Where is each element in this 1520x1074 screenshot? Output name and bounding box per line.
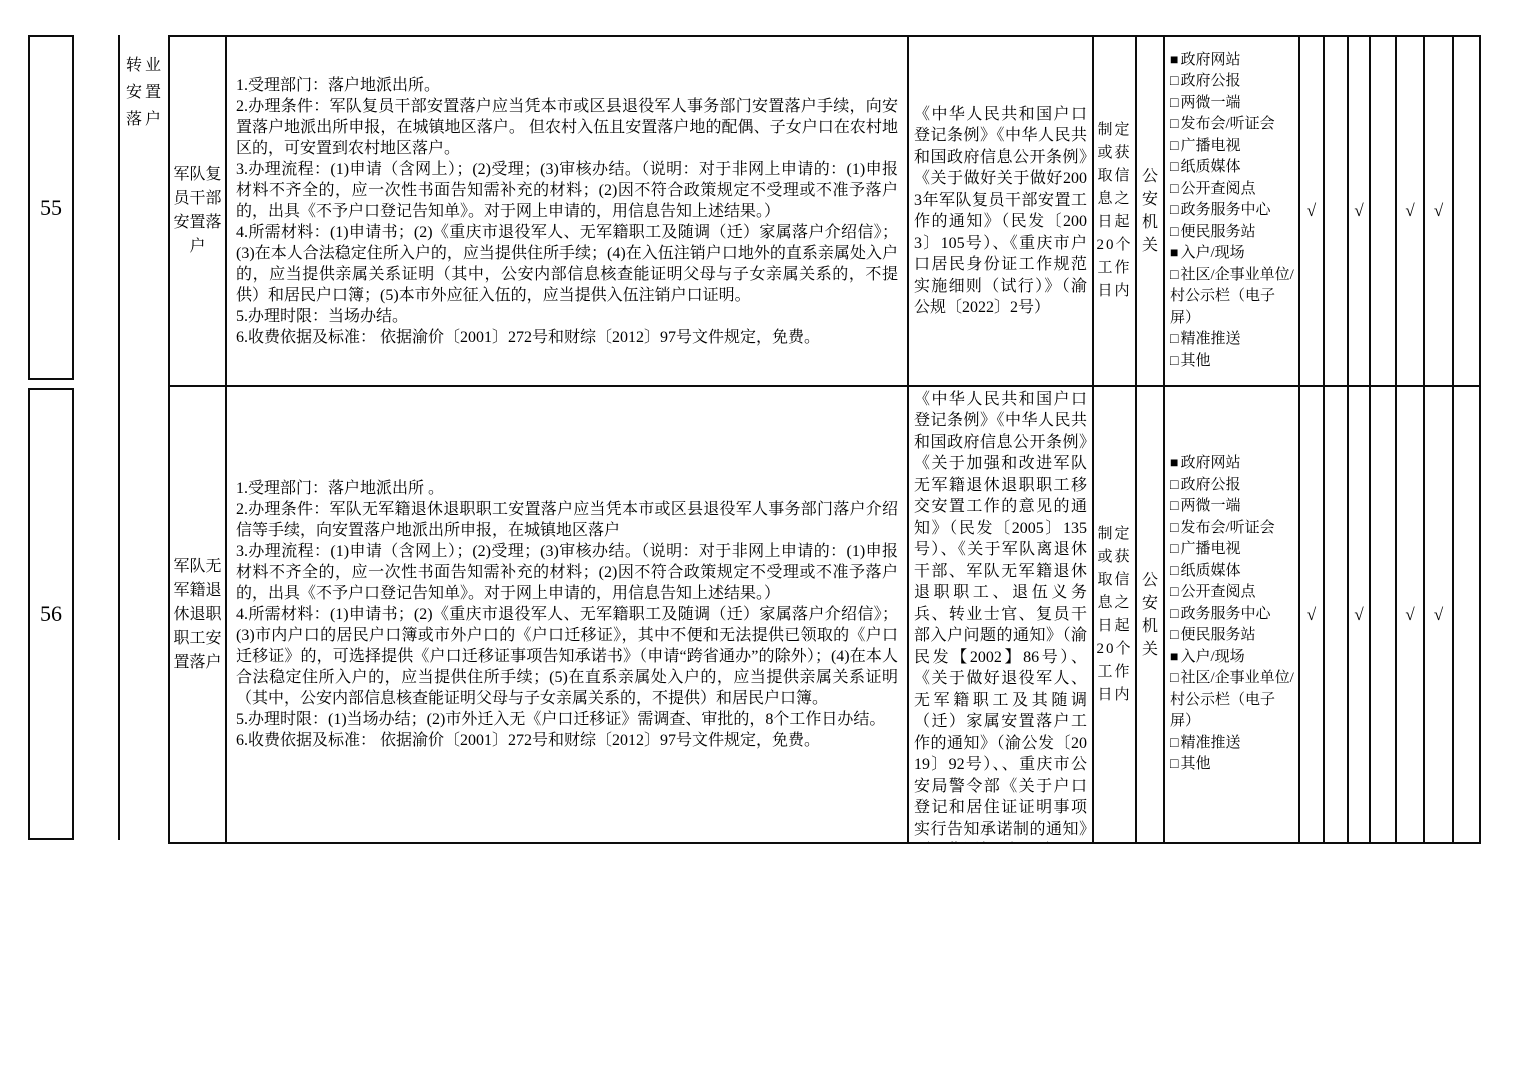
check-cell: √	[1299, 386, 1324, 843]
channel-option: □社区/企事业单位/村公示栏（电子屏）	[1170, 265, 1296, 330]
checkbox-icon: ■	[1170, 246, 1178, 261]
channel-option-label: 公开查阅点	[1180, 181, 1255, 197]
checkbox-icon: □	[1170, 585, 1178, 600]
item-name-cell: 军队复员干部安置落户	[169, 36, 226, 386]
checkbox-icon: □	[1170, 332, 1178, 347]
legal-basis-cell: 《中华人民共和国户口登记条例》《中华人民共和国政府信息公开条例》《关于加强和改进…	[908, 386, 1093, 843]
check-cell: √	[1424, 386, 1453, 843]
item-name-cell: 军队无军籍退休退职职工安置落户	[169, 386, 226, 843]
channel-option-label: 便民服务站	[1180, 627, 1255, 643]
checkbox-icon: □	[1170, 564, 1178, 579]
channel-option-label: 两微一端	[1180, 498, 1240, 514]
procedure-line: 2.办理条件：军队无军籍退休退职职工安置落户应当凭本市或区县退役军人事务部门落户…	[236, 499, 898, 541]
channel-option-label: 两微一端	[1180, 95, 1240, 111]
publish-channels-cell: ■政府网站□政府公报□两微一端□发布会/听证会□广播电视□纸质媒体□公开查阅点□…	[1164, 386, 1299, 843]
channel-option: □政务服务中心	[1170, 604, 1296, 626]
channel-option-label: 入户/现场	[1180, 245, 1244, 261]
channel-option-label: 广播电视	[1180, 138, 1240, 154]
checkbox-icon: □	[1170, 542, 1178, 557]
channel-option-label: 公开查阅点	[1180, 584, 1255, 600]
category-column-rule	[118, 35, 120, 840]
procedure-line: 6.收费依据及标准： 依据渝价〔2001〕272号和财综〔2012〕97号文件规…	[236, 730, 898, 751]
channel-option-label: 便民服务站	[1180, 224, 1255, 240]
checkbox-icon: □	[1170, 628, 1178, 643]
checkbox-icon: □	[1170, 499, 1178, 514]
publish-authority: 公安机关	[1137, 165, 1163, 257]
checkbox-icon: □	[1170, 225, 1178, 240]
channel-option: □发布会/听证会	[1170, 114, 1296, 136]
channel-option: □两微一端	[1170, 496, 1296, 518]
procedure-line: 1.受理部门：落户地派出所。	[236, 75, 898, 96]
channel-option-label: 社区/企事业单位/村公示栏（电子屏）	[1170, 670, 1294, 729]
procedure-line: 4.所需材料：(1)申请书；(2)《重庆市退役军人、无军籍职工及随调（迁）家属落…	[236, 222, 898, 306]
channel-option-label: 发布会/听证会	[1180, 520, 1274, 536]
checkbox-icon: □	[1170, 139, 1178, 154]
channel-option: ■入户/现场	[1170, 243, 1296, 265]
checkbox-icon: □	[1170, 757, 1178, 772]
channel-option: □纸质媒体	[1170, 157, 1296, 179]
check-cell	[1453, 386, 1480, 843]
checkbox-icon: □	[1170, 74, 1178, 89]
channel-option-label: 社区/企事业单位/村公示栏（电子屏）	[1170, 267, 1294, 326]
check-cell	[1370, 36, 1396, 386]
procedure-line: 5.办理时限：(1)当场办结；(2)市外迁入无《户口迁移证》需调查、审批的，8个…	[236, 709, 898, 730]
checkbox-icon: □	[1170, 160, 1178, 175]
channel-option: □公开查阅点	[1170, 179, 1296, 201]
check-cell: √	[1348, 36, 1370, 386]
checkbox-icon: ■	[1170, 650, 1178, 665]
checkbox-icon: □	[1170, 117, 1178, 132]
item-name: 军队无军籍退休退职职工安置落户	[170, 555, 225, 675]
legal-basis-cell: 《中华人民共和国户口登记条例》《中华人民共和国政府信息公开条例》《关于做好关于做…	[908, 36, 1093, 386]
check-cell	[1453, 36, 1480, 386]
channel-option-label: 精准推送	[1180, 735, 1240, 751]
channel-option: □便民服务站	[1170, 222, 1296, 244]
check-cell	[1324, 386, 1348, 843]
channel-option: ■入户/现场	[1170, 647, 1296, 669]
publish-authority-cell: 公安机关	[1136, 386, 1164, 843]
channel-option-label: 其他	[1180, 353, 1210, 369]
checkbox-icon: □	[1170, 182, 1178, 197]
procedures-table: 军队复员干部安置落户 1.受理部门：落户地派出所。 2.办理条件：军队复员干部安…	[168, 35, 1481, 844]
checkbox-icon: □	[1170, 96, 1178, 111]
channel-option: □政务服务中心	[1170, 200, 1296, 222]
channel-option-label: 政府公报	[1180, 477, 1240, 493]
procedure-detail-cell: 1.受理部门：落户地派出所。 2.办理条件：军队复员干部安置落户应当凭本市或区县…	[226, 36, 908, 386]
legal-basis-text: 《中华人民共和国户口登记条例》《中华人民共和国政府信息公开条例》《关于做好关于做…	[909, 103, 1092, 320]
channel-option-label: 其他	[1180, 756, 1210, 772]
channel-option: □两微一端	[1170, 93, 1296, 115]
checkbox-icon: □	[1170, 268, 1178, 283]
category-label: 转业安置落户	[121, 52, 169, 133]
channel-option: □其他	[1170, 754, 1296, 776]
procedure-line: 4.所需材料：(1)申请书；(2)《重庆市退役军人、无军籍职工及随调（迁）家属落…	[236, 604, 898, 709]
channel-option: □纸质媒体	[1170, 561, 1296, 583]
table-row-55: 军队复员干部安置落户 1.受理部门：落户地派出所。 2.办理条件：军队复员干部安…	[169, 36, 1480, 386]
document-page: 55 56 转业安置落户 军队复员干部安置落户 1.受理部门：落户地派出所。 2…	[0, 0, 1520, 1074]
channel-option: □广播电视	[1170, 136, 1296, 158]
procedure-line: 6.收费依据及标准： 依据渝价〔2001〕272号和财综〔2012〕97号文件规…	[236, 327, 898, 348]
checkbox-icon: □	[1170, 203, 1178, 218]
channel-option: □政府公报	[1170, 71, 1296, 93]
check-cell: √	[1396, 36, 1424, 386]
channel-option-label: 精准推送	[1180, 331, 1240, 347]
publish-authority: 公安机关	[1137, 569, 1163, 661]
channel-option: □社区/企事业单位/村公示栏（电子屏）	[1170, 668, 1296, 733]
channel-option-label: 广播电视	[1180, 541, 1240, 557]
channel-option-label: 发布会/听证会	[1180, 116, 1274, 132]
checkbox-icon: □	[1170, 354, 1178, 369]
checkbox-icon: □	[1170, 736, 1178, 751]
checkbox-icon: ■	[1170, 456, 1178, 471]
procedure-line: 1.受理部门：落户地派出所 。	[236, 478, 898, 499]
checkbox-icon: □	[1170, 671, 1178, 686]
channel-option: □其他	[1170, 351, 1296, 373]
item-name: 军队复员干部安置落户	[170, 163, 225, 259]
channel-option: □政府公报	[1170, 475, 1296, 497]
check-cell	[1324, 36, 1348, 386]
row-number-cell: 55	[28, 35, 74, 380]
table-row-56: 军队无军籍退休退职职工安置落户 1.受理部门：落户地派出所 。 2.办理条件：军…	[169, 386, 1480, 843]
check-cell	[1370, 386, 1396, 843]
channel-option: □广播电视	[1170, 539, 1296, 561]
checkbox-icon: □	[1170, 521, 1178, 536]
channel-option: ■政府网站	[1170, 453, 1296, 475]
channel-option: □发布会/听证会	[1170, 518, 1296, 540]
channel-option-label: 纸质媒体	[1180, 159, 1240, 175]
procedure-detail-cell: 1.受理部门：落户地派出所 。 2.办理条件：军队无军籍退休退职职工安置落户应当…	[226, 386, 908, 843]
row-number-cell: 56	[28, 388, 74, 840]
publish-authority-cell: 公安机关	[1136, 36, 1164, 386]
channel-option-label: 入户/现场	[1180, 649, 1244, 665]
publish-time-limit-cell: 制定或获取信息之日起20个工作日内	[1093, 36, 1136, 386]
check-cell: √	[1348, 386, 1370, 843]
procedure-line: 5.办理时限：当场办结。	[236, 306, 898, 327]
check-cell: √	[1299, 36, 1324, 386]
channel-option: □便民服务站	[1170, 625, 1296, 647]
channel-option-label: 政务服务中心	[1180, 606, 1270, 622]
channel-option: □公开查阅点	[1170, 582, 1296, 604]
procedure-line: 3.办理流程：(1)申请（含网上）；(2)受理；(3)审核办结。（说明：对于非网…	[236, 541, 898, 604]
channel-option: □精准推送	[1170, 329, 1296, 351]
channel-option-label: 纸质媒体	[1180, 563, 1240, 579]
publish-channels-cell: ■政府网站□政府公报□两微一端□发布会/听证会□广播电视□纸质媒体□公开查阅点□…	[1164, 36, 1299, 386]
legal-basis-text: 《中华人民共和国户口登记条例》《中华人民共和国政府信息公开条例》《关于加强和改进…	[909, 388, 1092, 842]
publish-time-limit: 制定或获取信息之日起20个工作日内	[1094, 523, 1135, 707]
procedure-line: 3.办理流程：(1)申请（含网上）；(2)受理；(3)审核办结。（说明：对于非网…	[236, 159, 898, 222]
channel-option-label: 政府网站	[1180, 455, 1240, 471]
procedure-line: 2.办理条件：军队复员干部安置落户应当凭本市或区县退役军人事务部门安置落户手续，…	[236, 96, 898, 159]
channel-option-label: 政府公报	[1180, 73, 1240, 89]
checkbox-icon: ■	[1170, 53, 1178, 68]
check-cell: √	[1396, 386, 1424, 843]
channel-option: □精准推送	[1170, 733, 1296, 755]
channel-option-label: 政务服务中心	[1180, 202, 1270, 218]
channel-option: ■政府网站	[1170, 50, 1296, 72]
checkbox-icon: □	[1170, 478, 1178, 493]
check-cell: √	[1424, 36, 1453, 386]
publish-time-limit-cell: 制定或获取信息之日起20个工作日内	[1093, 386, 1136, 843]
publish-time-limit: 制定或获取信息之日起20个工作日内	[1094, 119, 1135, 303]
channel-option-label: 政府网站	[1180, 52, 1240, 68]
checkbox-icon: □	[1170, 607, 1178, 622]
